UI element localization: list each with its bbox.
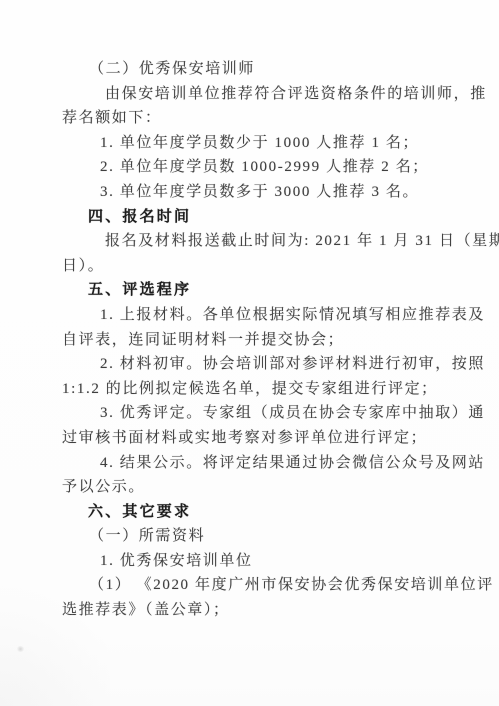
body-line: 予以公示。 — [0, 475, 499, 500]
scanned-document-page: （二）优秀保安培训师 由保安培训单位推荐符合评选资格条件的培训师，推 荐名额如下… — [0, 0, 499, 706]
body-line: 过审核书面材料或实地考察对参评单位进行评定； — [0, 426, 499, 451]
body-line: （1） 《2020 年度广州市保安协会优秀保安培训单位评 — [0, 573, 499, 598]
section-heading-registration-time: 四、报名时间 — [0, 205, 499, 230]
list-item-procedure-1: 1. 上报材料。各单位根据实际情况填写相应推荐表及 — [0, 303, 499, 328]
document-text-block: （二）优秀保安培训师 由保安培训单位推荐符合评选资格条件的培训师，推 荐名额如下… — [0, 57, 499, 623]
list-item-excellent-training-unit: 1. 优秀保安培训单位 — [0, 549, 499, 574]
body-line: 自评表，连同证明材料一并提交协会； — [0, 328, 499, 353]
subsection-heading-excellent-trainer: （二）优秀保安培训师 — [0, 57, 499, 82]
subsection-heading-required-materials: （一）所需资料 — [0, 524, 499, 549]
section-heading-other-requirements: 六、其它要求 — [0, 500, 499, 525]
list-item-procedure-3: 3. 优秀评定。专家组（成员在协会专家库中抽取）通 — [0, 401, 499, 426]
list-item-quota-2: 2. 单位年度学员数 1000-2999 人推荐 2 名； — [0, 155, 499, 180]
body-line: 报名及材料报送截止时间为: 2021 年 1 月 31 日（星期 — [0, 229, 499, 254]
body-line: 选推荐表》（盖公章）； — [0, 598, 499, 623]
list-item-quota-3: 3. 单位年度学员数多于 3000 人推荐 3 名。 — [0, 180, 499, 205]
body-line: 由保安培训单位推荐符合评选资格条件的培训师，推 — [0, 82, 499, 107]
body-line: 荐名额如下： — [0, 106, 499, 131]
body-line: 日）。 — [0, 254, 499, 279]
list-item-procedure-2: 2. 材料初审。协会培训部对参评材料进行初审，按照 — [0, 352, 499, 377]
scan-smudge-mark — [17, 646, 24, 652]
list-item-procedure-4: 4. 结果公示。将评定结果通过协会微信公众号及网站 — [0, 451, 499, 476]
body-line: 1:1.2 的比例拟定候选名单，提交专家组进行评定； — [0, 377, 499, 402]
list-item-quota-1: 1. 单位年度学员数少于 1000 人推荐 1 名； — [0, 131, 499, 156]
section-heading-selection-procedure: 五、评选程序 — [0, 278, 499, 303]
